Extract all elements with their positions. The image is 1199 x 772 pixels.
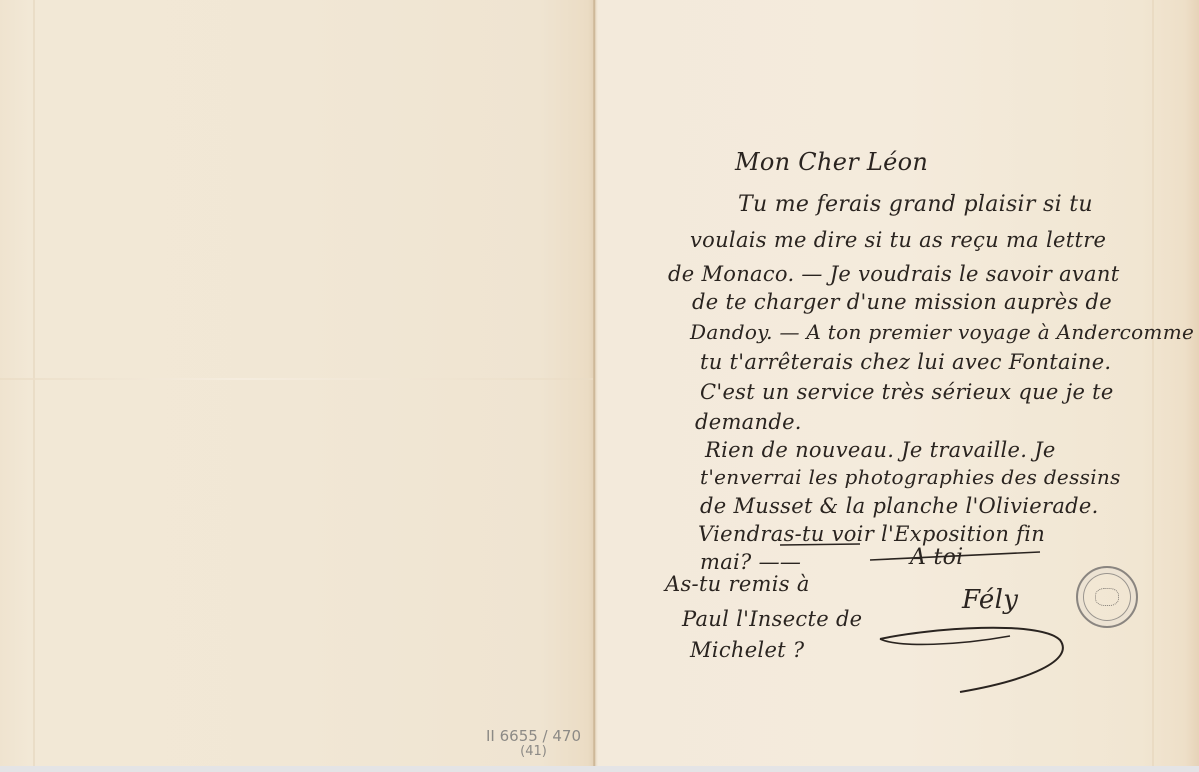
postscript-line: Michelet ? <box>690 638 804 662</box>
stamp-emblem-icon <box>1095 588 1119 606</box>
postscript-line: Paul l'Insecte de <box>682 607 862 631</box>
letter-line: de Monaco. — Je voudrais le savoir avant <box>668 262 1119 286</box>
letter-line: Rien de nouveau. Je travaille. Je <box>705 438 1056 462</box>
postscript-line: As-tu remis à <box>665 572 810 596</box>
letter-line: t'enverrai les photographies des dessins <box>700 465 1121 489</box>
closing: A toi <box>910 545 964 570</box>
letter-line: de te charger d'une mission auprès de <box>692 290 1112 314</box>
library-stamp <box>1076 566 1138 628</box>
letter-line: Tu me ferais grand plaisir si tu <box>738 192 1093 217</box>
shelfmark-number: II 6655 / 470 <box>486 728 581 744</box>
letter-spread: Mon Cher Léon Tu me ferais grand plaisir… <box>0 0 1199 766</box>
signature: Fély <box>962 585 1018 615</box>
letter-line: tu t'arrêterais chez lui avec Fontaine. <box>700 350 1111 374</box>
shelfmark-folio: (41) <box>486 744 581 760</box>
letter-line: demande. <box>695 410 802 434</box>
scan-margin <box>0 766 1199 772</box>
letter-line: de Musset & la planche l'Olivierade. <box>700 494 1099 518</box>
salutation: Mon Cher Léon <box>735 148 928 176</box>
letter-line: Dandoy. — A ton premier voyage à Anderco… <box>690 320 1194 344</box>
letter-line: C'est un service très sérieux que je te <box>700 380 1114 404</box>
letter-line: voulais me dire si tu as reçu ma lettre <box>690 228 1106 252</box>
letter-line: Viendras-tu voir l'Exposition fin <box>698 522 1045 546</box>
left-page <box>0 0 593 766</box>
shelfmark: II 6655 / 470 (41) <box>486 728 581 760</box>
letter-line: mai? —— <box>700 550 801 574</box>
